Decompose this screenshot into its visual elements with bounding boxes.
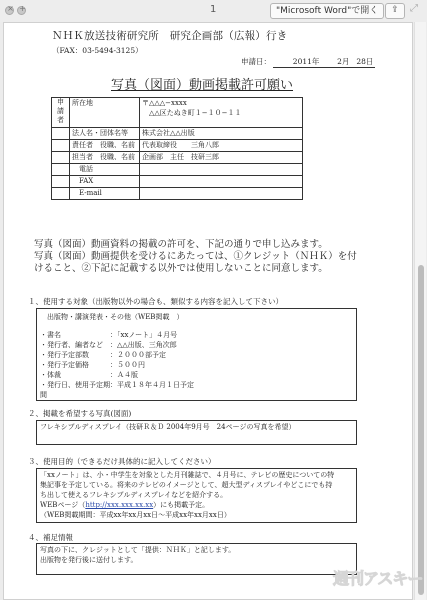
web-suffix: ）にも掲載予定。 <box>153 501 209 509</box>
blank-cell <box>52 140 70 152</box>
address-postal: 〒△△△−xxxx <box>142 98 300 108</box>
company-label: 法人名・団体名等 <box>70 128 140 140</box>
detail-key: ・発行予定部数 <box>40 350 110 360</box>
fax-label: FAX <box>70 176 140 188</box>
blank-cell <box>52 176 70 188</box>
date-year: 2011年 <box>273 56 321 68</box>
blank-cell <box>52 164 70 176</box>
intro-line: 写真（図面）動画提供を受けるにあたっては、①クレジット（ＮＨＫ）を付 <box>34 251 357 263</box>
detail-key: ・発行予定価格 <box>40 360 110 370</box>
quicklook-titlebar: 1 "Microsoft Word"で開く ⇪ ⤢ <box>0 0 427 22</box>
section2-box: フレキシブルディスプレイ（技研Ｒ＆Ｄ 2004年9月号 24ページの写真を希望） <box>36 420 357 445</box>
detail-row: ・発行予定部数：２０００部予定 <box>40 350 353 360</box>
applicant-label: 申請者 <box>52 98 70 128</box>
detail-value: ：「xxノート」４月号 <box>110 330 177 340</box>
close-icon[interactable] <box>5 6 14 15</box>
application-date: 申請日： 2011年2月28日 <box>241 56 375 68</box>
responsible-value: 代表取締役 三角八郎 <box>140 140 303 152</box>
purpose-line: ち出して使えるフレキシブルディスプレイなどを紹介する。 <box>40 490 353 500</box>
usage-category: 出版物・講演発表・その他（WEB掲載 ） <box>47 312 353 322</box>
section3-heading: ３、使用目的（できるだけ具体的に記入してください） <box>28 456 216 467</box>
detail-key: ・発行日、使用予定期間 <box>40 380 110 400</box>
address-label: 所在地 <box>70 98 140 128</box>
blank-cell <box>52 128 70 140</box>
detail-value: ：△△出版、三角次郎 <box>110 340 177 350</box>
contact-value: 企画部 主任 技研三郎 <box>140 152 303 164</box>
detail-key: ・書名 <box>40 330 110 340</box>
detail-row: ・発行日、使用予定期間：平成１８年４月１日予定 <box>40 380 353 400</box>
phone-label: 電話 <box>70 164 140 176</box>
intro-line: けること、②下記に記載する以外では使用しないことに同意します。 <box>34 263 357 275</box>
address-value: 〒△△△−xxxx △△区たぬき町１−１０−１１ <box>140 98 303 128</box>
watermark: 週刊アスキー <box>333 566 422 589</box>
email-label: E-mail <box>70 188 140 200</box>
section4-heading: ４、補足情報 <box>28 532 73 543</box>
detail-row: ・体裁：Ａ４版 <box>40 370 353 380</box>
share-button[interactable]: ⇪ <box>385 3 405 19</box>
zoom-icon[interactable] <box>17 6 26 15</box>
share-icon: ⇪ <box>391 5 399 15</box>
detail-row: ・発行者、編者など：△△出版、三角次郎 <box>40 340 353 350</box>
phone-value <box>140 164 303 176</box>
detail-value: ：２０００部予定 <box>110 350 166 360</box>
blank-cell <box>52 188 70 200</box>
detail-key: ・発行者、編者など <box>40 340 110 350</box>
detail-value: ：５００円 <box>110 360 145 370</box>
vertical-scrollbar[interactable] <box>414 22 426 600</box>
purpose-line: 「xxノート」は、小・中学生を対象とした月刊雑誌で、４月号に、テレビの歴史につい… <box>40 470 353 480</box>
blank-cell <box>52 152 70 164</box>
page-indicator: 1 <box>210 4 216 15</box>
date-label: 申請日： <box>241 57 271 66</box>
responsible-label: 責任者 役職、名前 <box>70 140 140 152</box>
contact-label: 担当者 役職、名前 <box>70 152 140 164</box>
email-value <box>140 188 303 200</box>
date-day: 28日 <box>351 56 375 68</box>
section1-heading: １、使用する対象（出版物以外の場合も、類似する内容を記入して下さい） <box>28 296 283 307</box>
document-page: ＮＨＫ放送技術研究所 研究企画部（広報）行き （FAX：03-5494-3125… <box>3 22 413 600</box>
supplement-line: 出版物を発行後に送付します。 <box>40 555 353 565</box>
section2-heading: ２、掲載を希望する写真(図面) <box>28 408 131 419</box>
section3-box: 「xxノート」は、小・中学生を対象とした月刊雑誌で、４月号に、テレビの歴史につい… <box>36 468 357 523</box>
address-street: △△区たぬき町１−１０−１１ <box>142 108 300 118</box>
intro-paragraph: 写真（図面）動画資料の掲載の許可を、下記の通りで申し込みます。 写真（図面）動画… <box>34 239 357 275</box>
intro-line: 写真（図面）動画資料の掲載の許可を、下記の通りで申し込みます。 <box>34 239 357 251</box>
date-month: 2月 <box>321 56 351 68</box>
document-title: 写真（図面）動画掲載許可願い <box>111 74 293 93</box>
detail-value: ：Ａ４版 <box>110 370 138 380</box>
applicant-table: 申請者 所在地 〒△△△−xxxx △△区たぬき町１−１０−１１ 法人名・団体名… <box>51 97 303 200</box>
web-prefix: WEBページ（ <box>40 501 85 509</box>
detail-value: ：平成１８年４月１日予定 <box>110 380 194 400</box>
fax-value <box>140 176 303 188</box>
detail-row: ・書名：「xxノート」４月号 <box>40 330 353 340</box>
detail-row: ・発行予定価格：５００円 <box>40 360 353 370</box>
requested-photo: フレキシブルディスプレイ（技研Ｒ＆Ｄ 2004年9月号 24ページの写真を希望） <box>40 422 353 432</box>
section1-box: 出版物・講演発表・その他（WEB掲載 ） ・書名：「xxノート」４月号 ・発行者… <box>36 308 357 401</box>
web-line: WEBページ（http://xxx.xxx.xx.xx）にも掲載予定。 <box>40 500 353 510</box>
header-fax: （FAX：03-5494-3125） <box>52 45 143 56</box>
scroll-thumb[interactable] <box>418 265 424 595</box>
open-in-word-button[interactable]: "Microsoft Word"で開く <box>270 3 384 19</box>
header-organization: ＮＨＫ放送技術研究所 研究企画部（広報）行き <box>52 28 287 43</box>
purpose-line: （WEB掲載期間：平成xx年xx月xx日〜平成xx年xx月xx日） <box>40 510 353 520</box>
supplement-line: 写真の下に、クレジットとして「提供：ＮＨＫ」と記します。 <box>40 545 353 555</box>
detail-key: ・体裁 <box>40 370 110 380</box>
company-value: 株式会社△△出版 <box>140 128 303 140</box>
expand-icon[interactable]: ⤢ <box>410 3 418 14</box>
section4-box: 写真の下に、クレジットとして「提供：ＮＨＫ」と記します。 出版物を発行後に送付し… <box>36 543 357 575</box>
web-link[interactable]: http://xxx.xxx.xx.xx <box>85 501 153 509</box>
purpose-line: 集記事を予定している。将来のテレビのイメージとして、超大型ディスプレイやどこにで… <box>40 480 353 490</box>
